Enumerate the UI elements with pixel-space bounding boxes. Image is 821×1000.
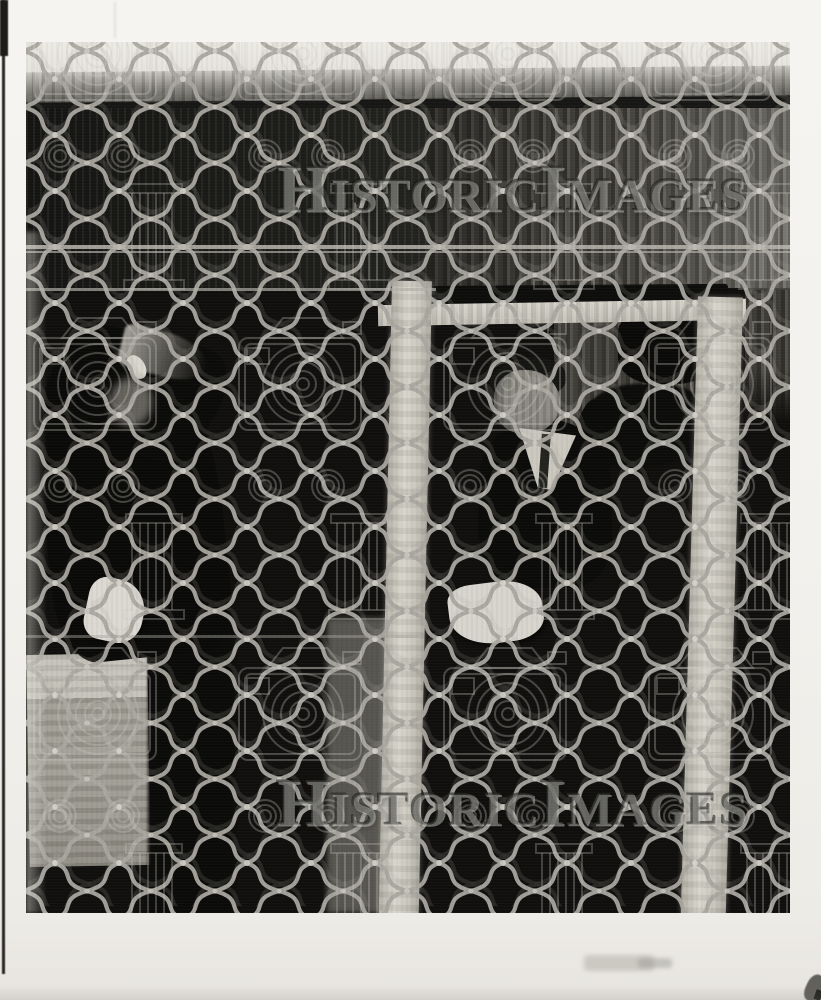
faint-stamp-smudge <box>638 958 672 968</box>
scan-edge-line <box>2 0 5 974</box>
photo-paper-scan: HistoricImages HistoricImages <box>0 0 821 1000</box>
film-grain <box>26 42 790 913</box>
paper-edge-shading <box>0 986 821 1000</box>
press-photograph: HistoricImages HistoricImages <box>26 42 790 913</box>
paper-crease <box>114 2 116 38</box>
scan-corner-mark <box>0 0 8 56</box>
